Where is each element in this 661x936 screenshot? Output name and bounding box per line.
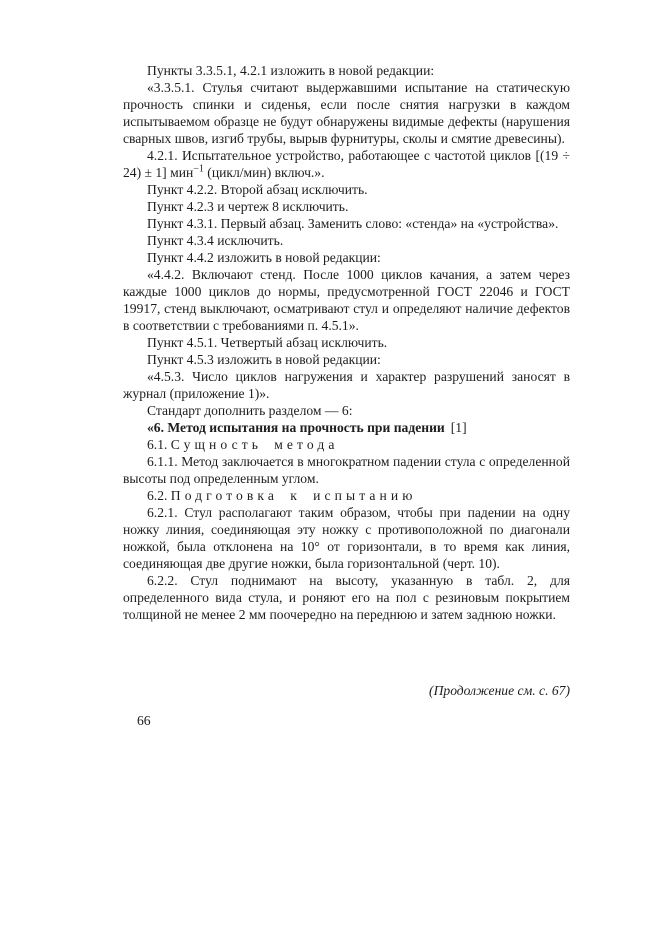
paragraph-6-2-2: 6.2.2. Стул поднимают на высоту, указанн… — [123, 572, 570, 623]
paragraph-4-2-1-tail: (цикл/мин) включ.». — [204, 165, 325, 180]
paragraph-4-5-3: «4.5.3. Число циклов нагружения и характ… — [123, 368, 570, 402]
paragraph-4-2-1-text: 4.2.1. Испытательное устройство, работаю… — [123, 148, 570, 180]
main-text-block: Пункты 3.3.5.1, 4.2.1 изложить в новой р… — [123, 62, 570, 623]
section-6-2-title: Подготовка к испытанию — [171, 488, 417, 503]
section-6-heading-text: «6. Метод испытания на прочность при пад… — [147, 420, 445, 435]
paragraph-punkt-4-5-3: Пункт 4.5.3 изложить в новой редакции: — [123, 351, 570, 368]
paragraph-punkt-4-3-1: Пункт 4.3.1. Первый абзац. Заменить слов… — [123, 215, 570, 232]
section-6-reference: [1] — [445, 420, 467, 435]
document-page: Пункты 3.3.5.1, 4.2.1 изложить в новой р… — [0, 0, 661, 936]
paragraph-punkt-4-5-1: Пункт 4.5.1. Четвертый абзац исключить. — [123, 334, 570, 351]
section-6-1-title: Сущность метода — [171, 437, 339, 452]
section-6-2-heading: 6.2. Подготовка к испытанию — [123, 487, 570, 504]
paragraph-punkt-4-3-4: Пункт 4.3.4 исключить. — [123, 232, 570, 249]
paragraph-punkt-4-2-3: Пункт 4.2.3 и чертеж 8 исключить. — [123, 198, 570, 215]
paragraph-4-2-1: 4.2.1. Испытательное устройство, работаю… — [123, 147, 570, 181]
section-6-heading: «6. Метод испытания на прочность при пад… — [123, 419, 570, 436]
superscript-minus-one: −1 — [193, 163, 204, 174]
paragraph-standart-dopolnit: Стандарт дополнить разделом — 6: — [123, 402, 570, 419]
paragraph-6-1-1: 6.1.1. Метод заключается в многократном … — [123, 453, 570, 487]
paragraph-punkt-4-2-2: Пункт 4.2.2. Второй абзац исключить. — [123, 181, 570, 198]
section-6-1-heading: 6.1. Сущность метода — [123, 436, 570, 453]
continuation-note: (Продолжение см. с. 67) — [123, 682, 570, 699]
section-6-2-number: 6.2. — [147, 488, 167, 503]
paragraph-punkty-intro: Пункты 3.3.5.1, 4.2.1 изложить в новой р… — [123, 62, 570, 79]
paragraph-punkt-4-4-2: Пункт 4.4.2 изложить в новой редакции: — [123, 249, 570, 266]
paragraph-3-3-5-1: «3.3.5.1. Стулья считают выдержавшими ис… — [123, 79, 570, 147]
paragraph-6-2-1: 6.2.1. Стул располагают таким образом, ч… — [123, 504, 570, 572]
paragraph-4-4-2: «4.4.2. Включают стенд. После 1000 цикло… — [123, 266, 570, 334]
section-6-1-number: 6.1. — [147, 437, 167, 452]
page-number: 66 — [137, 712, 151, 729]
